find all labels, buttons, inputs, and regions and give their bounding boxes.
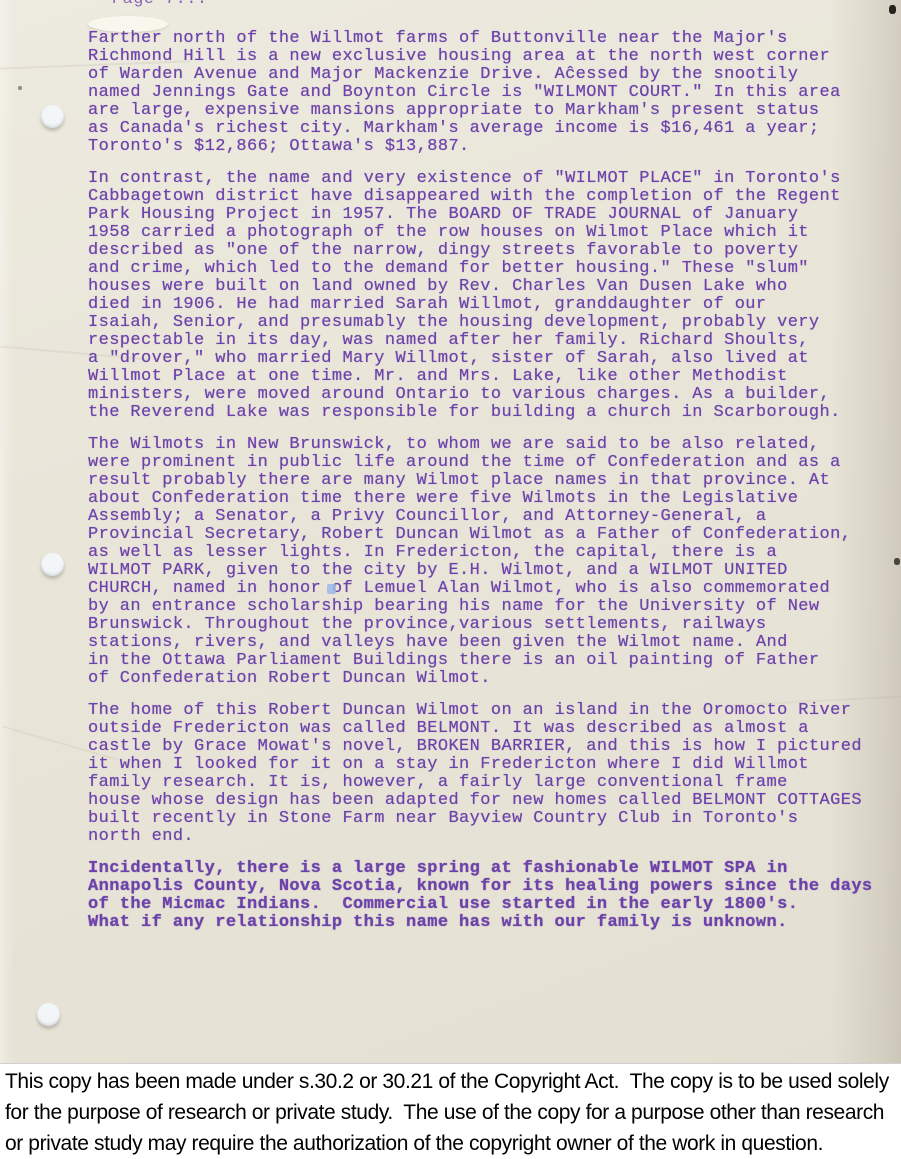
punch-hole [41, 105, 64, 128]
letter-body: Farther north of the Willmot farms of Bu… [88, 30, 888, 946]
paragraph-new-brunswick-wilmots: The Wilmots in New Brunswick, to whom we… [88, 436, 888, 688]
scan-speck [894, 558, 900, 565]
scan-speck [18, 86, 22, 90]
punch-hole [41, 553, 64, 576]
scan-speck [889, 5, 896, 14]
scanned-document-page: Page 7... Farther north of the Willmot f… [0, 0, 901, 1159]
paragraph-wilmot-spa: Incidentally, there is a large spring at… [88, 860, 888, 932]
copyright-text: This copy has been made under s.30.2 or … [5, 1066, 901, 1159]
punch-hole [37, 1003, 60, 1026]
copyright-notice: This copy has been made under s.30.2 or … [0, 1063, 901, 1159]
paragraph-wilmont-court: Farther north of the Willmot farms of Bu… [88, 30, 888, 156]
paragraph-belmont: The home of this Robert Duncan Wilmot on… [88, 702, 888, 846]
blue-ink-mark [327, 584, 336, 594]
paragraph-wilmot-place: In contrast, the name and very existence… [88, 170, 888, 422]
page-label: Page 7... [112, 0, 207, 9]
